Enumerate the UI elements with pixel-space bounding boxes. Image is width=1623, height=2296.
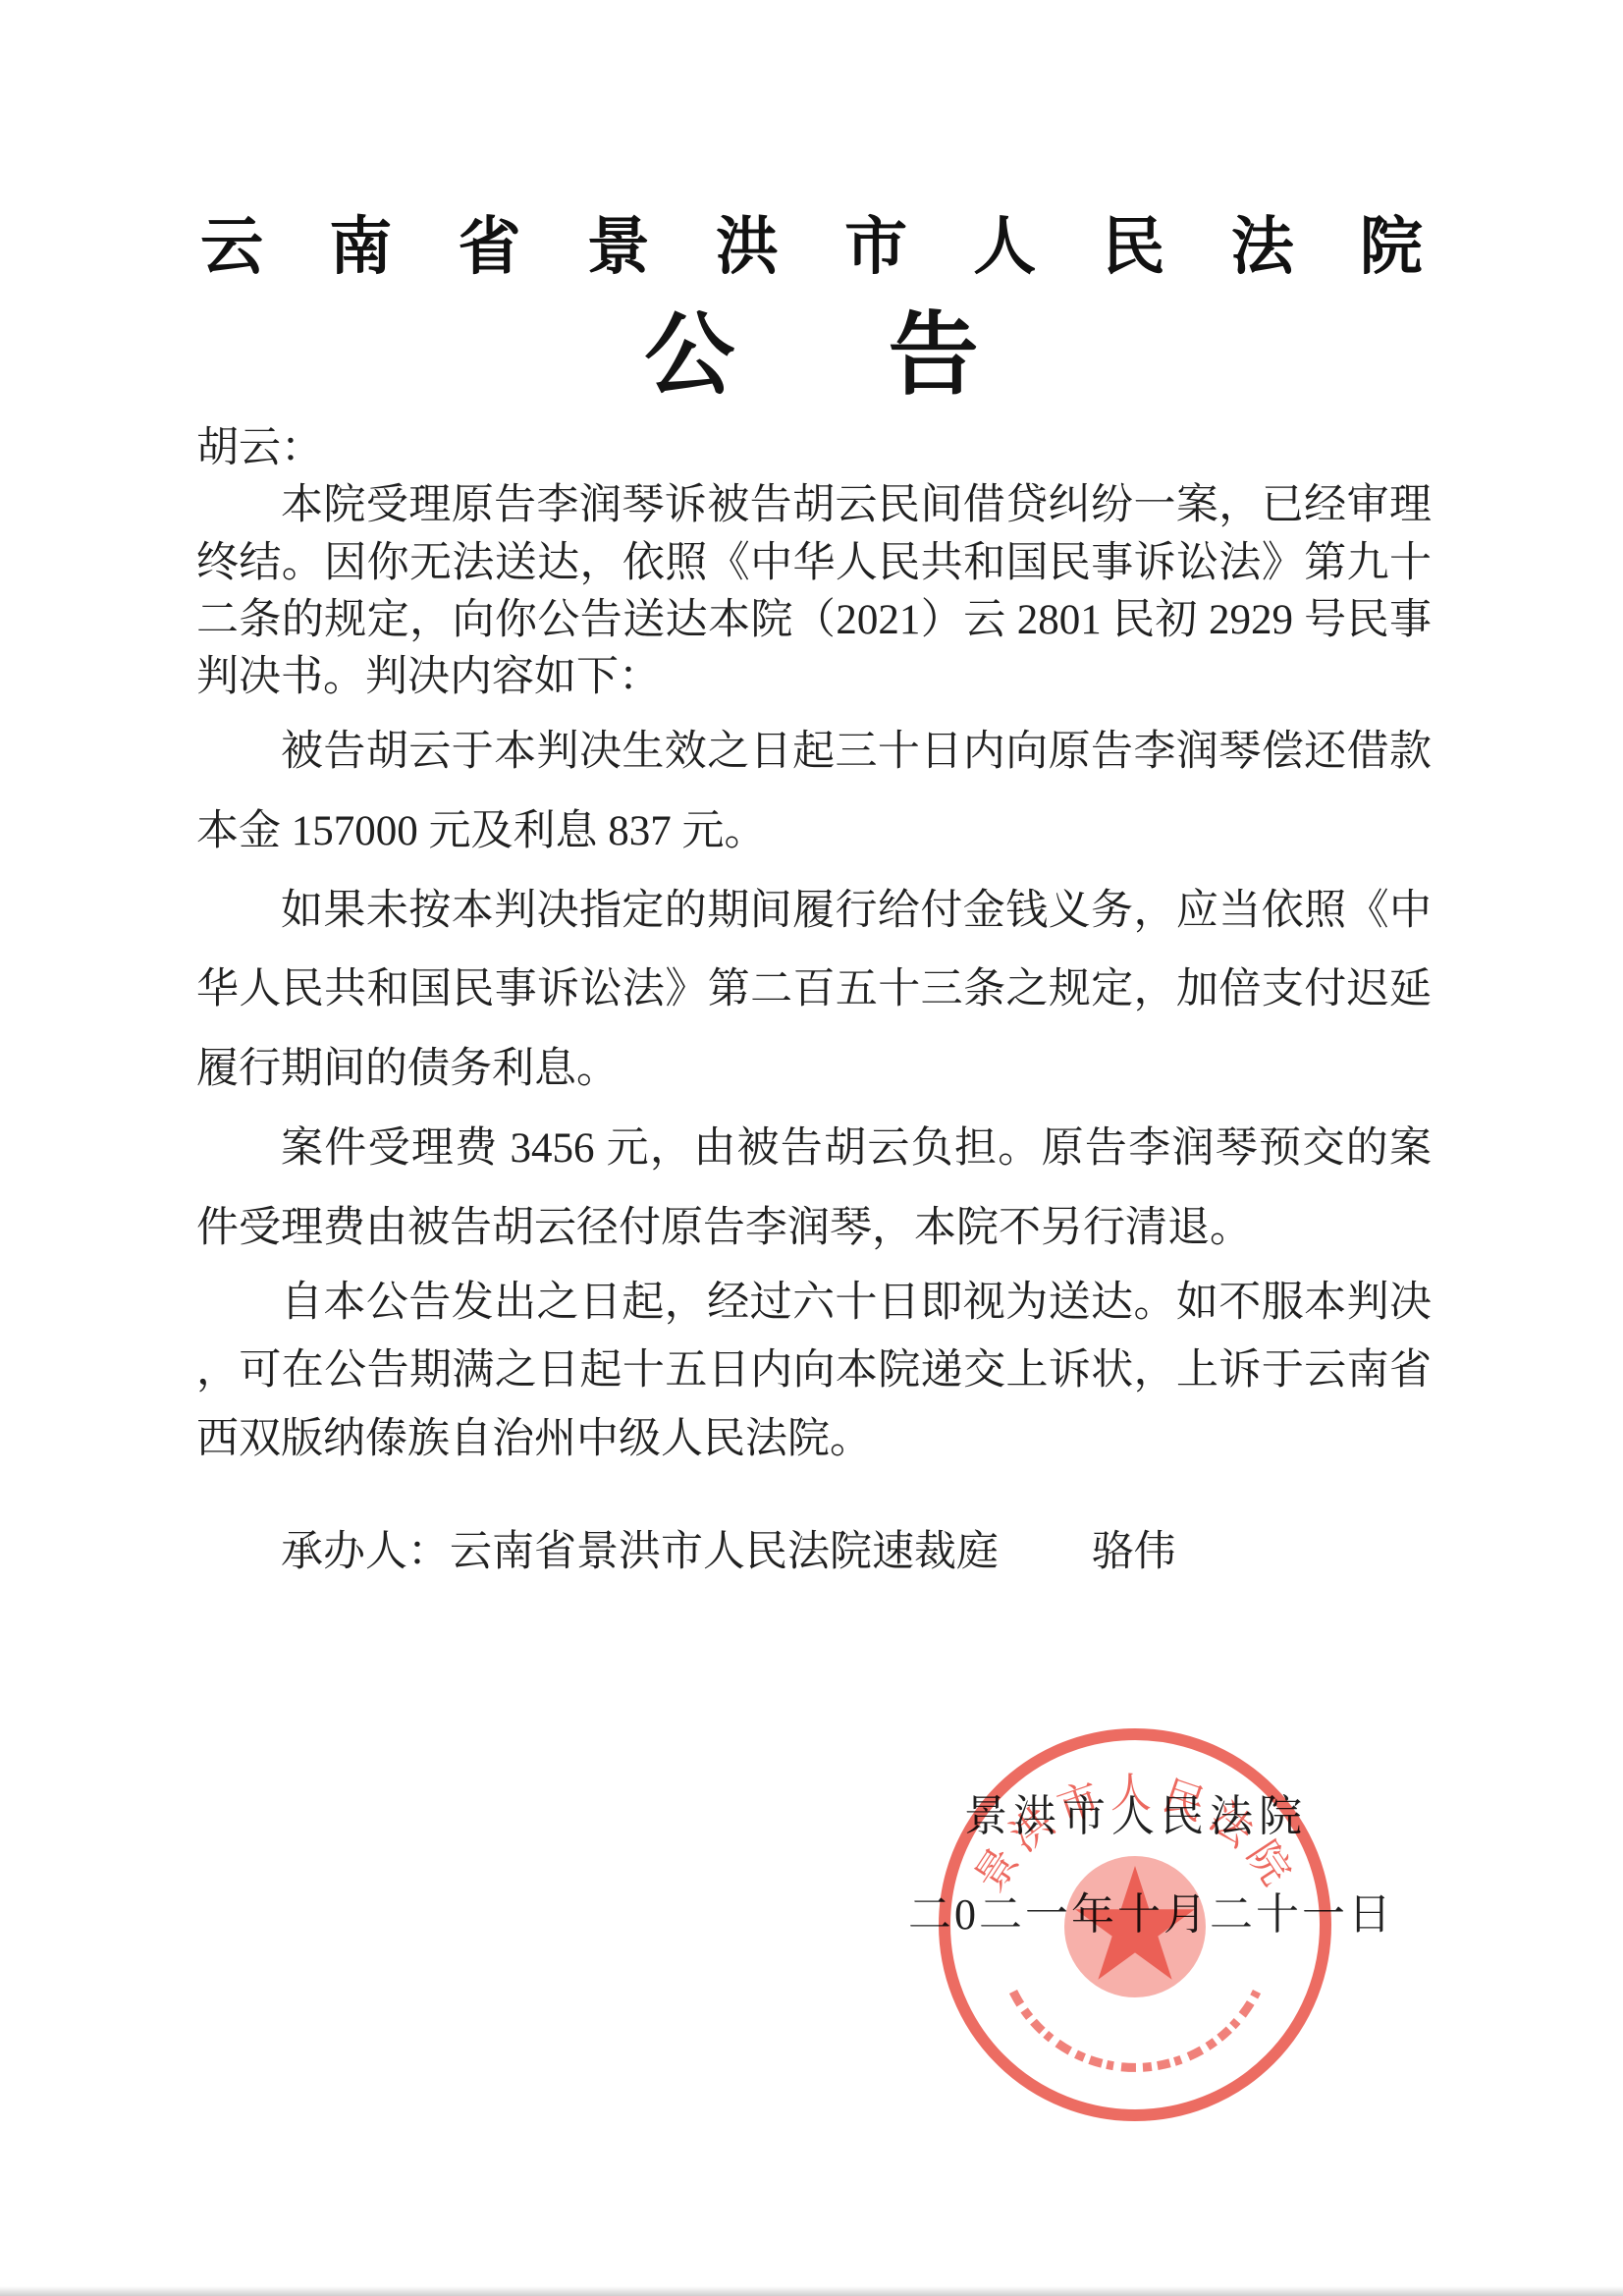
- salutation: 胡云：: [196, 420, 1432, 477]
- paragraph-judgment: 被告胡云于本判决生效之日起三十日内向原告李润琴偿还借款本金 157000 元及利…: [196, 713, 1432, 872]
- document-body: 胡云： 本院受理原告李润琴诉被告胡云民间借贷纠纷一案，已经审理终结。因你无法送达…: [196, 420, 1432, 1584]
- handler-name: 骆伟: [1092, 1529, 1176, 1575]
- scan-edge: [0, 2286, 1623, 2296]
- handler-line: 承办人：云南省景洪市人民法院速裁庭骆伟: [196, 1521, 1432, 1585]
- stamp-dai-script-decoration: [1013, 1992, 1257, 2067]
- paragraph-penalty-interest: 如果未按本判决指定的期间履行给付金钱义务，应当依照《中华人民共和国民事诉讼法》第…: [196, 872, 1432, 1110]
- paragraph-court-fees: 案件受理费 3456 元，由被告胡云负担。原告李润琴预交的案件受理费由被告胡云径…: [196, 1110, 1432, 1269]
- court-announcement-document: 云南省景洪市人民法院 公告 胡云： 本院受理原告李润琴诉被告胡云民间借贷纠纷一案…: [0, 0, 1623, 2296]
- page-title: 云南省景洪市人民法院: [0, 196, 1623, 287]
- paragraph-appeal-rights: 自本公告发出之日起，经过六十日即视为送达。如不服本判决 ，可在公告期满之日起十五…: [196, 1269, 1432, 1474]
- court-seal-stamp-icon: 景洪市人民法院: [931, 1721, 1339, 2129]
- paragraph-case-summary: 本院受理原告李润琴诉被告胡云民间借贷纠纷一案，已经审理终结。因你无法送达，依照《…: [196, 477, 1432, 707]
- notice-heading: 公告: [0, 283, 1623, 412]
- handler-label: 承办人：云南省景洪市人民法院速裁庭: [281, 1529, 999, 1575]
